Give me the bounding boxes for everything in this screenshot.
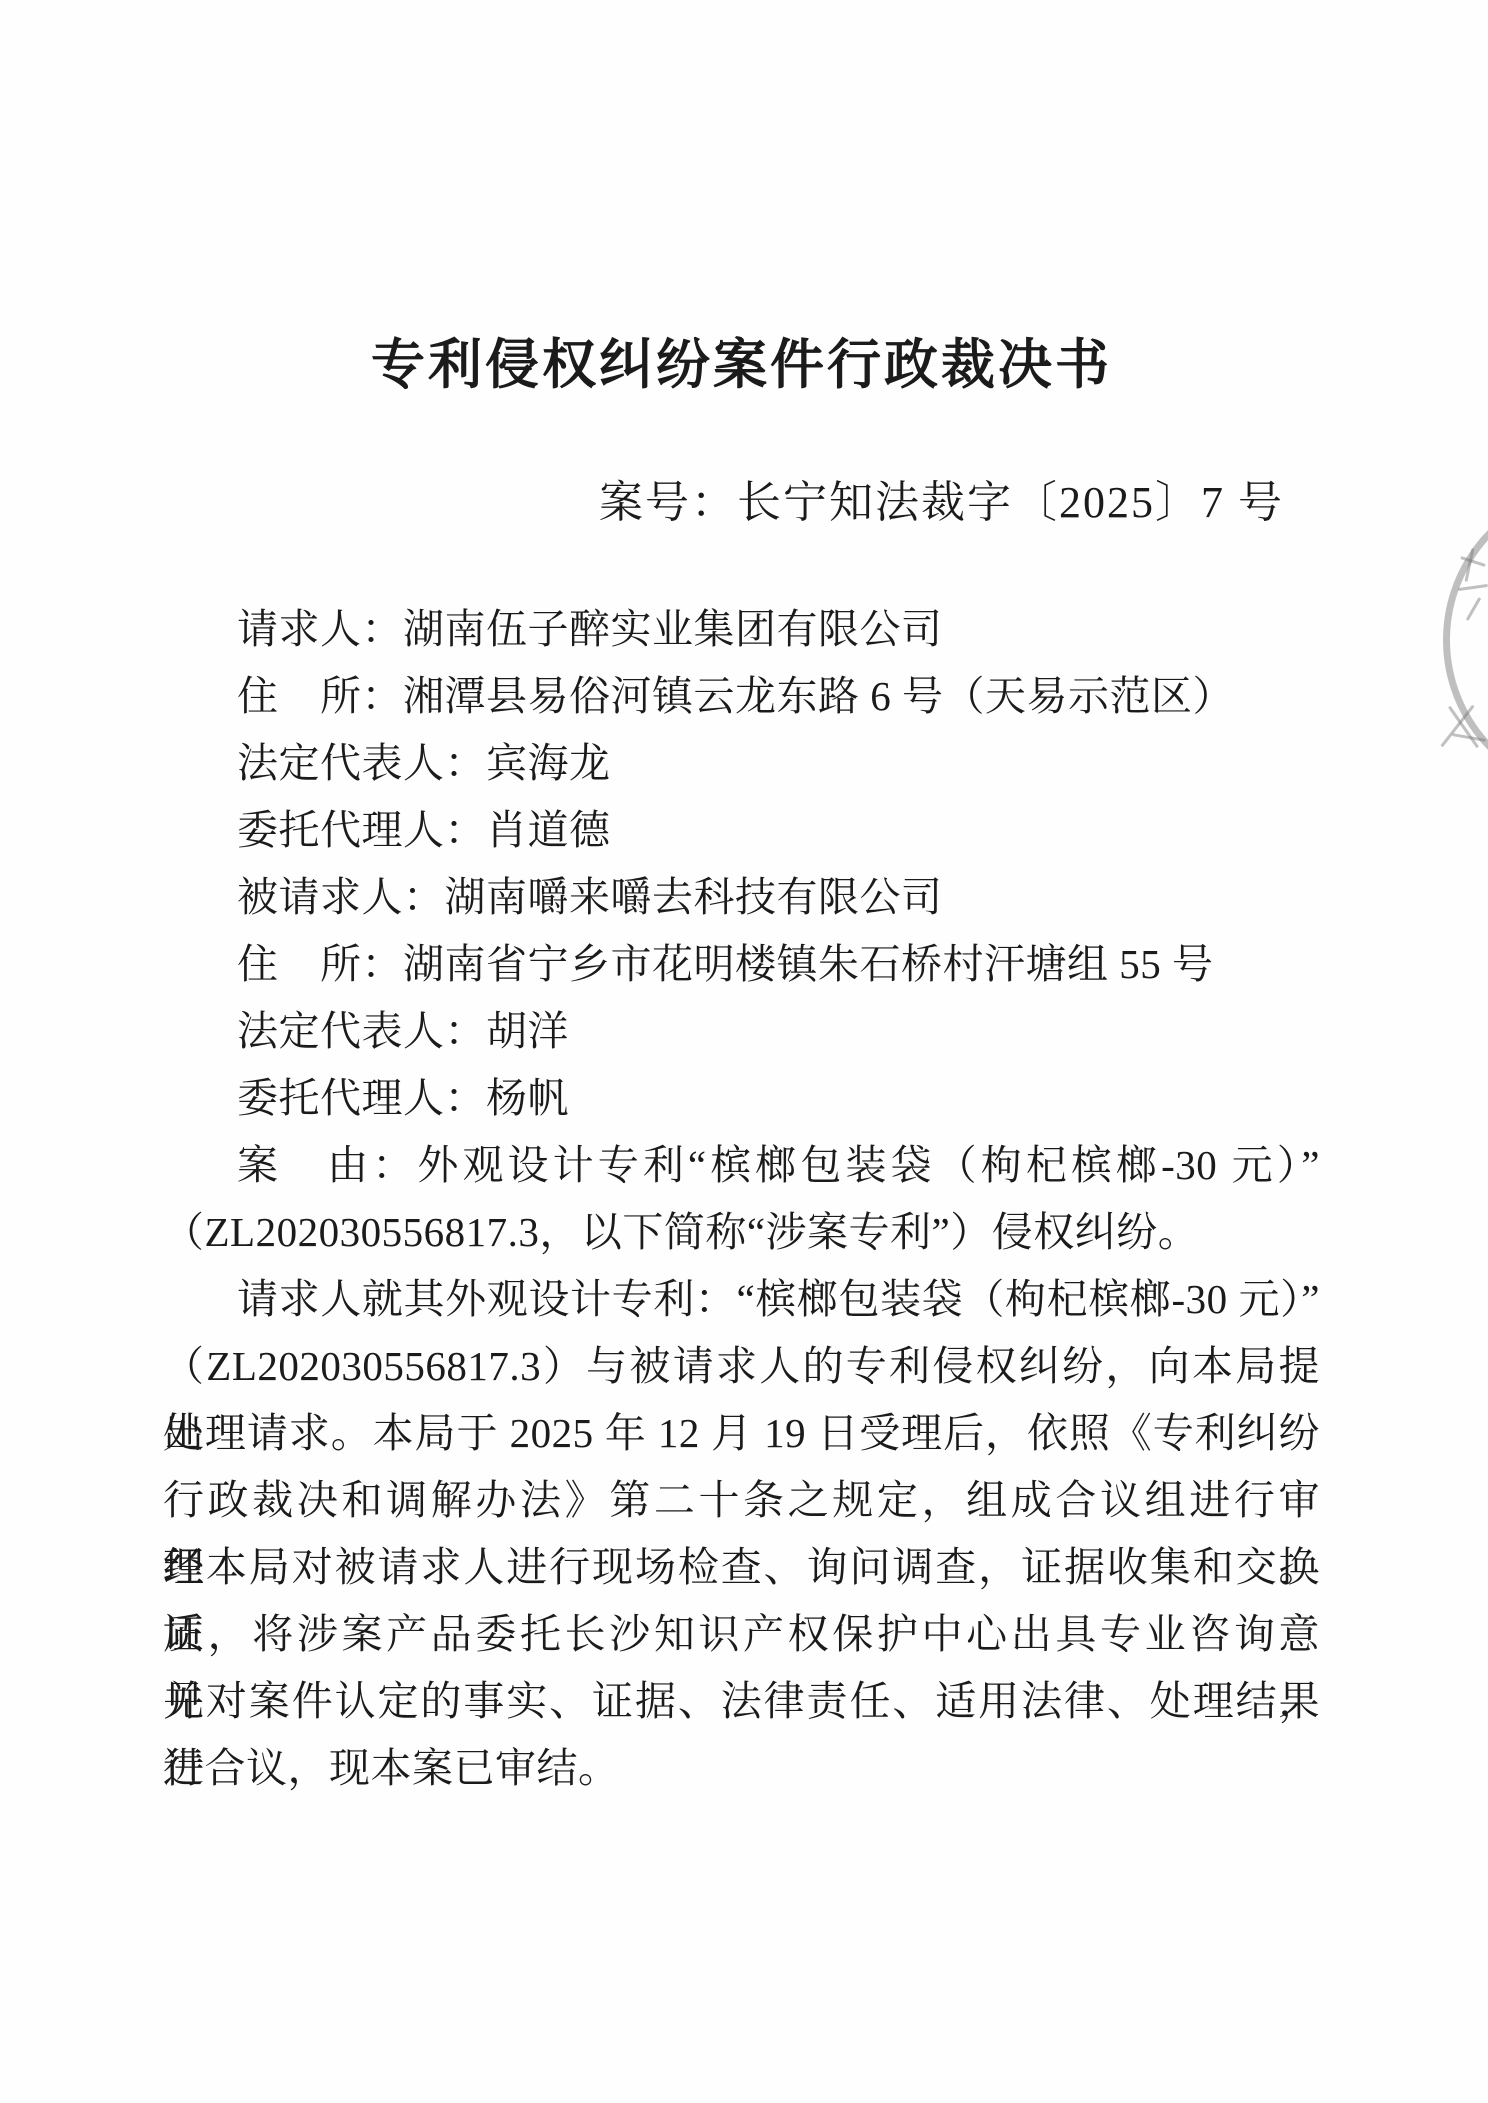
body-line-paragraph-end: 行合议，现本案已审结。 — [163, 1735, 1320, 1802]
body-line-paragraph: 证，将涉案产品委托长沙知识产权保护中心出具专业咨询意见， — [163, 1601, 1320, 1668]
body-line-requester-legal-rep: 法定代表人：宾海龙 — [163, 730, 1320, 797]
body-line-paragraph: 并对案件认定的事实、证据、法律责任、适用法律、处理结果进 — [163, 1668, 1320, 1735]
document-body: 请求人：湖南伍子醉实业集团有限公司 住 所：湘潭县易俗河镇云龙东路 6 号（天易… — [163, 596, 1320, 1802]
body-line-cause-of-action: 案 由：外观设计专利“槟榔包装袋（枸杞槟榔-30 元）” — [163, 1132, 1320, 1199]
body-line-paragraph: 处理请求。本局于 2025 年 12 月 19 日受理后，依照《专利纠纷 — [163, 1400, 1320, 1467]
official-seal-icon — [1443, 483, 1488, 797]
body-line-requester-address: 住 所：湘潭县易俗河镇云龙东路 6 号（天易示范区） — [163, 663, 1320, 730]
body-line-requester: 请求人：湖南伍子醉实业集团有限公司 — [163, 596, 1320, 663]
body-line-paragraph: 行政裁决和调解办法》第二十条之规定，组成合议组进行审理。 — [163, 1467, 1320, 1534]
body-line-respondent: 被请求人：湖南嚼来嚼去科技有限公司 — [163, 864, 1320, 931]
body-line-paragraph: 经本局对被请求人进行现场检查、询问调查，证据收集和交换质 — [163, 1534, 1320, 1601]
body-line-requester-agent: 委托代理人：肖道德 — [163, 797, 1320, 864]
body-line-patent-number: （ZL202030556817.3，以下简称“涉案专利”）侵权纠纷。 — [163, 1199, 1320, 1266]
case-number: 案号：长宁知法裁字〔2025〕7 号 — [163, 466, 1284, 530]
document-page: 专利侵权纠纷案件行政裁决书 案号：长宁知法裁字〔2025〕7 号 请求人：湖南伍… — [0, 0, 1488, 2103]
body-line-respondent-legal-rep: 法定代表人：胡洋 — [163, 998, 1320, 1065]
document-title: 专利侵权纠纷案件行政裁决书 — [163, 322, 1320, 399]
body-line-paragraph: 请求人就其外观设计专利：“槟榔包装袋（枸杞槟榔-30 元）” — [163, 1266, 1320, 1333]
body-line-respondent-agent: 委托代理人：杨帆 — [163, 1065, 1320, 1132]
body-line-paragraph: （ZL202030556817.3）与被请求人的专利侵权纠纷，向本局提出 — [163, 1333, 1320, 1400]
body-line-respondent-address: 住 所：湖南省宁乡市花明楼镇朱石桥村汗塘组 55 号 — [163, 931, 1320, 998]
